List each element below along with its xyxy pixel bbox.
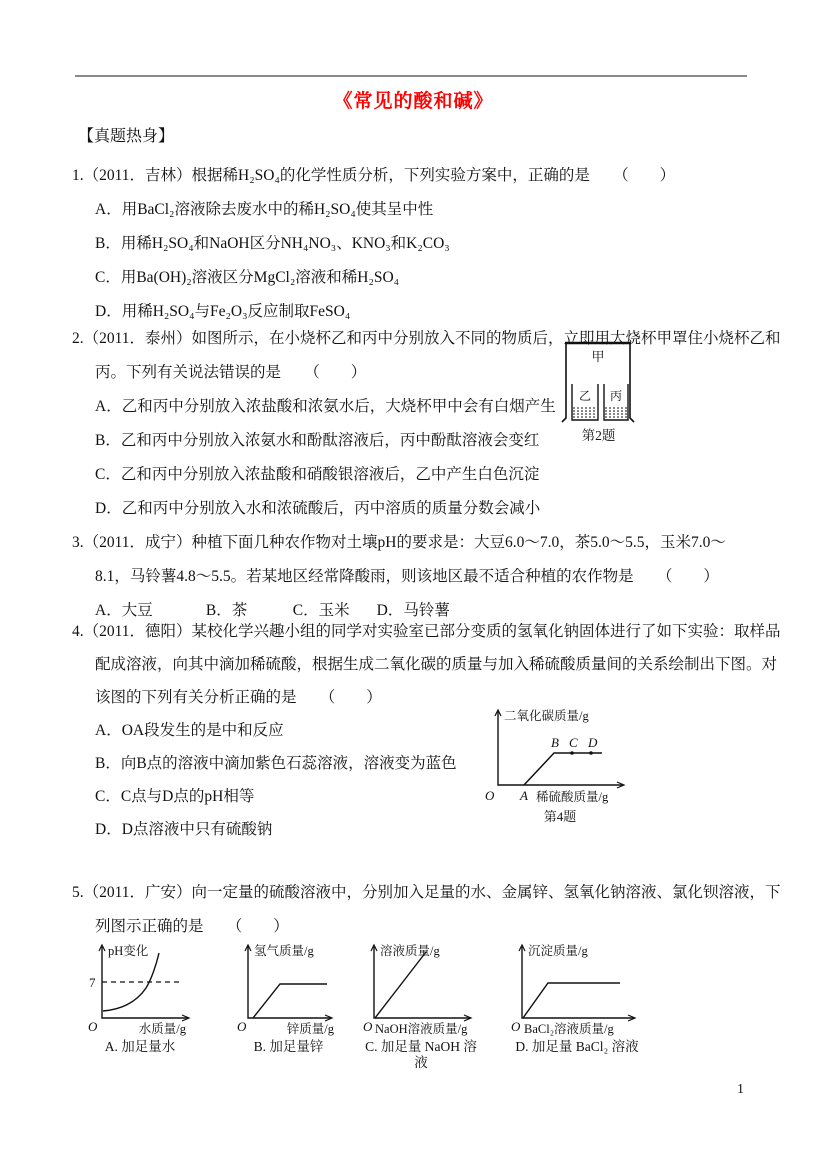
graph-a-caption: A. 加足量水 bbox=[80, 1039, 200, 1055]
document-page: 《常见的酸和碱》 【真题热身】 1.（2011．吉林）根据稀H₂SO₄的化学性质… bbox=[0, 0, 827, 1170]
question-4-figure: 二氧化碳质量/g B C D O A 稀硫酸质量/g 第4题 bbox=[478, 703, 643, 827]
graph-c-origin: O bbox=[363, 1019, 373, 1034]
solution-vs-naoh-graph: 溶液质量/g O NaOH溶液质量/g bbox=[362, 938, 480, 1038]
question-1-option-c: C．用Ba(OH)₂溶液区分MgCl₂溶液和稀H₂SO₄ bbox=[72, 261, 762, 295]
question-5-graph-d: 沉淀质量/g O BaCl₂溶液质量/g D. 加足量 BaCl₂ 溶液 bbox=[508, 938, 646, 1055]
question-5-graph-b: 氢气质量/g O 锌质量/g B. 加足量锌 bbox=[236, 938, 341, 1055]
question-4-option-b: B．向B点的溶液中滴加紫色石蕊溶液，溶液变为蓝色 bbox=[72, 747, 762, 780]
question-4-option-c: C．C点与D点的pH相等 bbox=[72, 780, 762, 813]
question-4-stem-line2: 配成溶液，向其中滴加稀硫酸，根据生成二氧化碳的质量与加入稀硫酸质量间的关系绘制出… bbox=[72, 648, 762, 681]
graph-b-xlabel: 锌质量/g bbox=[287, 1021, 335, 1036]
figure-2-caption: 第2题 bbox=[556, 428, 641, 444]
graph-c-ylabel: 溶液质量/g bbox=[380, 943, 440, 958]
question-2-option-b: B．乙和丙中分别放入浓氨水和酚酞溶液后，丙中酚酞溶液会变红 bbox=[72, 424, 762, 458]
graph-a-origin: O bbox=[88, 1019, 98, 1034]
figure-4-caption: 第4题 bbox=[544, 809, 577, 824]
question-4-option-a: A．OA段发生的是中和反应 bbox=[72, 714, 762, 747]
question-1-stem: 1.（2011．吉林）根据稀H₂SO₄的化学性质分析，下列实验方案中，正确的是 … bbox=[72, 159, 762, 193]
h2-vs-zinc-graph: 氢气质量/g O 锌质量/g bbox=[236, 938, 341, 1038]
figure-4-ylabel: 二氧化碳质量/g bbox=[504, 708, 589, 723]
ph-vs-water-graph: pH变化 7 O 水质量/g bbox=[80, 938, 200, 1038]
graph-b-caption: B. 加足量锌 bbox=[236, 1039, 341, 1055]
graph-c-xlabel: NaOH溶液质量/g bbox=[375, 1021, 468, 1036]
question-5-stem-line1: 5.（2011．广安）向一定量的硫酸溶液中，分别加入足量的水、金属锌、氢氧化钠溶… bbox=[72, 876, 762, 910]
question-1-option-b: B．用稀H₂SO₄和NaOH区分NH₄NO₃、KNO₃和K₂CO₃ bbox=[72, 227, 762, 261]
graph-b-origin: O bbox=[237, 1019, 247, 1034]
point-a-label: A bbox=[519, 788, 528, 803]
question-4: 4.（2011．德阳）某校化学兴趣小组的同学对实验室已部分变质的氢氧化钠固体进行… bbox=[72, 615, 762, 846]
question-5-graph-a: pH变化 7 O 水质量/g A. 加足量水 bbox=[80, 938, 200, 1055]
precipitate-vs-bacl2-graph: 沉淀质量/g O BaCl₂溶液质量/g bbox=[508, 938, 646, 1038]
question-2-stem-line1: 2.（2011．泰州）如图所示，在小烧杯乙和丙中分别放入不同的物质后，立即用大烧… bbox=[72, 322, 762, 356]
graph-a-ylabel: pH变化 bbox=[108, 943, 149, 958]
graph-a-xlabel: 水质量/g bbox=[139, 1021, 187, 1036]
point-b-label: B bbox=[551, 735, 559, 750]
question-5: 5.（2011．广安）向一定量的硫酸溶液中，分别加入足量的水、金属锌、氢氧化钠溶… bbox=[72, 876, 762, 944]
figure-4-xlabel: 稀硫酸质量/g bbox=[536, 789, 609, 804]
question-4-stem-line1: 4.（2011．德阳）某校化学兴趣小组的同学对实验室已部分变质的氢氧化钠固体进行… bbox=[72, 615, 762, 648]
big-beaker-label: 甲 bbox=[591, 349, 604, 364]
question-2-figure: 甲 乙 丙 第2题 bbox=[556, 340, 641, 444]
section-header: 【真题热身】 bbox=[78, 126, 174, 148]
graph-d-xlabel: BaCl₂溶液质量/g bbox=[524, 1021, 615, 1036]
question-4-option-d: D．D点溶液中只有硫酸钠 bbox=[72, 813, 762, 846]
question-2-option-d: D．乙和丙中分别放入水和浓硫酸后，丙中溶质的质量分数会减小 bbox=[72, 492, 762, 526]
question-2: 2.（2011．泰州）如图所示，在小烧杯乙和丙中分别放入不同的物质后，立即用大烧… bbox=[72, 322, 762, 526]
page-number: 1 bbox=[737, 1082, 744, 1098]
graph-d-origin: O bbox=[511, 1019, 521, 1034]
page-title: 《常见的酸和碱》 bbox=[0, 86, 827, 113]
question-4-stem-line3: 该图的下列有关分析正确的是 （ ） bbox=[72, 681, 762, 714]
question-2-option-c: C．乙和丙中分别放入浓盐酸和硝酸银溶液后，乙中产生白色沉淀 bbox=[72, 458, 762, 492]
graph-b-ylabel: 氢气质量/g bbox=[254, 943, 314, 958]
left-beaker-label: 乙 bbox=[579, 389, 591, 403]
question-2-option-a: A．乙和丙中分别放入浓盐酸和浓氨水后，大烧杯甲中会有白烟产生 bbox=[72, 390, 762, 424]
graph-d-caption: D. 加足量 BaCl₂ 溶液 bbox=[508, 1039, 646, 1055]
question-3-stem-line1: 3.（2011．成宁）种植下面几种农作物对土壤pH的要求是：大豆6.0～7.0，… bbox=[72, 526, 762, 560]
question-5-graph-c: 溶液质量/g O NaOH溶液质量/g C. 加足量 NaOH 溶液 bbox=[362, 938, 480, 1071]
header-divider bbox=[75, 75, 747, 77]
graph-c-caption: C. 加足量 NaOH 溶液 bbox=[362, 1039, 480, 1071]
question-3-stem-line2: 8.1，马铃薯4.8～5.5。若某地区经常降酸雨，则该地区最不适合种植的农作物是… bbox=[72, 560, 762, 594]
point-c-label: C bbox=[569, 735, 578, 750]
question-1-option-a: A．用BaCl₂溶液除去废水中的稀H₂SO₄使其呈中性 bbox=[72, 193, 762, 227]
point-d-label: D bbox=[587, 735, 598, 750]
question-3: 3.（2011．成宁）种植下面几种农作物对土壤pH的要求是：大豆6.0～7.0，… bbox=[72, 526, 762, 628]
graph-d-ylabel: 沉淀质量/g bbox=[528, 943, 588, 958]
co2-vs-acid-graph: 二氧化碳质量/g B C D O A 稀硫酸质量/g 第4题 bbox=[478, 703, 643, 827]
beaker-diagram: 甲 乙 丙 bbox=[556, 340, 641, 426]
question-2-stem-line2: 丙。下列有关说法错误的是 （ ） bbox=[72, 356, 762, 390]
graph-a-tick-7: 7 bbox=[89, 975, 96, 990]
origin-label: O bbox=[485, 788, 495, 803]
right-beaker-label: 丙 bbox=[610, 389, 622, 403]
question-1: 1.（2011．吉林）根据稀H₂SO₄的化学性质分析，下列实验方案中，正确的是 … bbox=[72, 159, 762, 329]
